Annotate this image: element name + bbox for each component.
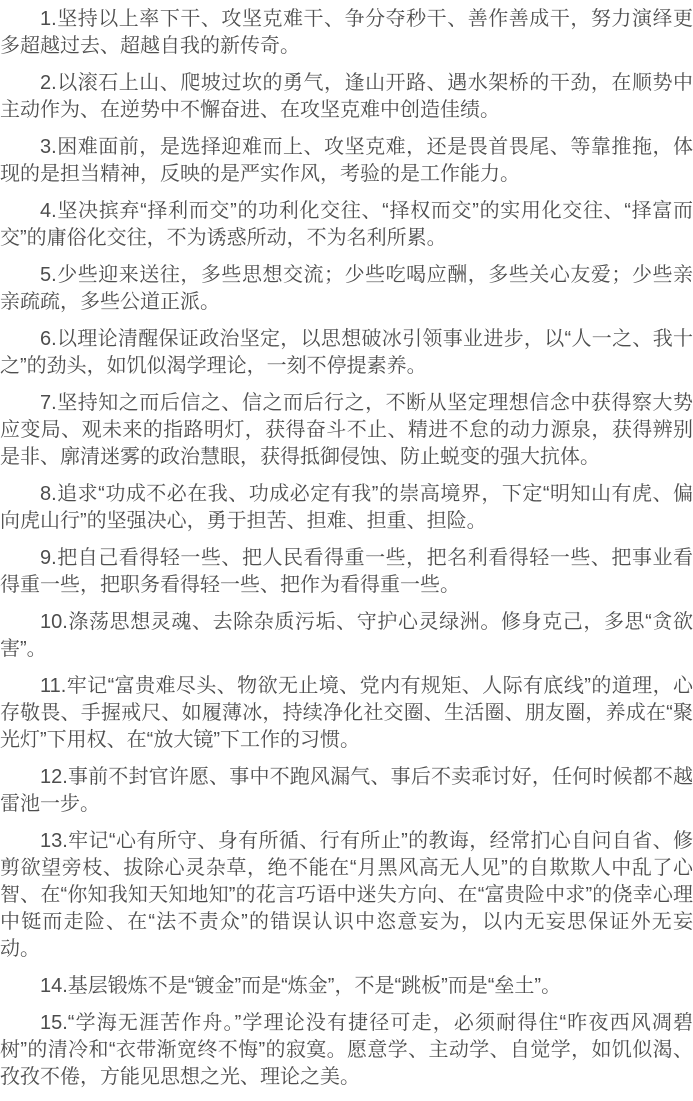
paragraph-15: 15.“学海无涯苦作舟。”学理论没有捷径可走，必须耐得住“昨夜西风凋碧树”的清冷… [0,1010,693,1091]
paragraph-7: 7.坚持知之而后信之、信之而后行之，不断从坚定理想信念中获得察大势应变局、观未来… [0,390,693,471]
paragraph-10: 10.涤荡思想灵魂、去除杂质污垢、守护心灵绿洲。修身克己，多思“贪欲害”。 [0,609,693,663]
paragraph-8: 8.追求“功成不必在我、功成必定有我”的崇高境界，下定“明知山有虎、偏向虎山行”… [0,481,693,535]
document-page: 1.坚持以上率下干、攻坚克难干、争分夺秒干、善作善成干，努力演绎更多超越过去、超… [0,0,693,1101]
paragraph-14: 14.基层锻炼不是“镀金”而是“炼金”，不是“跳板”而是“垒土”。 [0,973,693,1000]
paragraph-1: 1.坚持以上率下干、攻坚克难干、争分夺秒干、善作善成干，努力演绎更多超越过去、超… [0,6,693,60]
paragraph-3: 3.困难面前，是选择迎难而上、攻坚克难，还是畏首畏尾、等靠推拖，体现的是担当精神… [0,134,693,188]
paragraph-11: 11.牢记“富贵难尽头、物欲无止境、党内有规矩、人际有底线”的道理，心存敬畏、手… [0,673,693,754]
paragraph-13: 13.牢记“心有所守、身有所循、行有所止”的教诲，经常扪心自问自省、修剪欲望旁枝… [0,828,693,963]
paragraph-12: 12.事前不封官许愿、事中不跑风漏气、事后不卖乖讨好，任何时候都不越雷池一步。 [0,764,693,818]
paragraph-5: 5.少些迎来送往，多些思想交流；少些吃喝应酬，多些关心友爱；少些亲亲疏疏，多些公… [0,262,693,316]
paragraph-4: 4.坚决摈弃“择利而交”的功利化交往、“择权而交”的实用化交往、“择富而交”的庸… [0,198,693,252]
paragraph-6: 6.以理论清醒保证政治坚定，以思想破冰引领事业进步，以“人一之、我十之”的劲头，… [0,326,693,380]
paragraph-9: 9.把自己看得轻一些、把人民看得重一些，把名利看得轻一些、把事业看得重一些，把职… [0,545,693,599]
paragraph-2: 2.以滚石上山、爬坡过坎的勇气，逢山开路、遇水架桥的干劲，在顺势中主动作为、在逆… [0,70,693,124]
